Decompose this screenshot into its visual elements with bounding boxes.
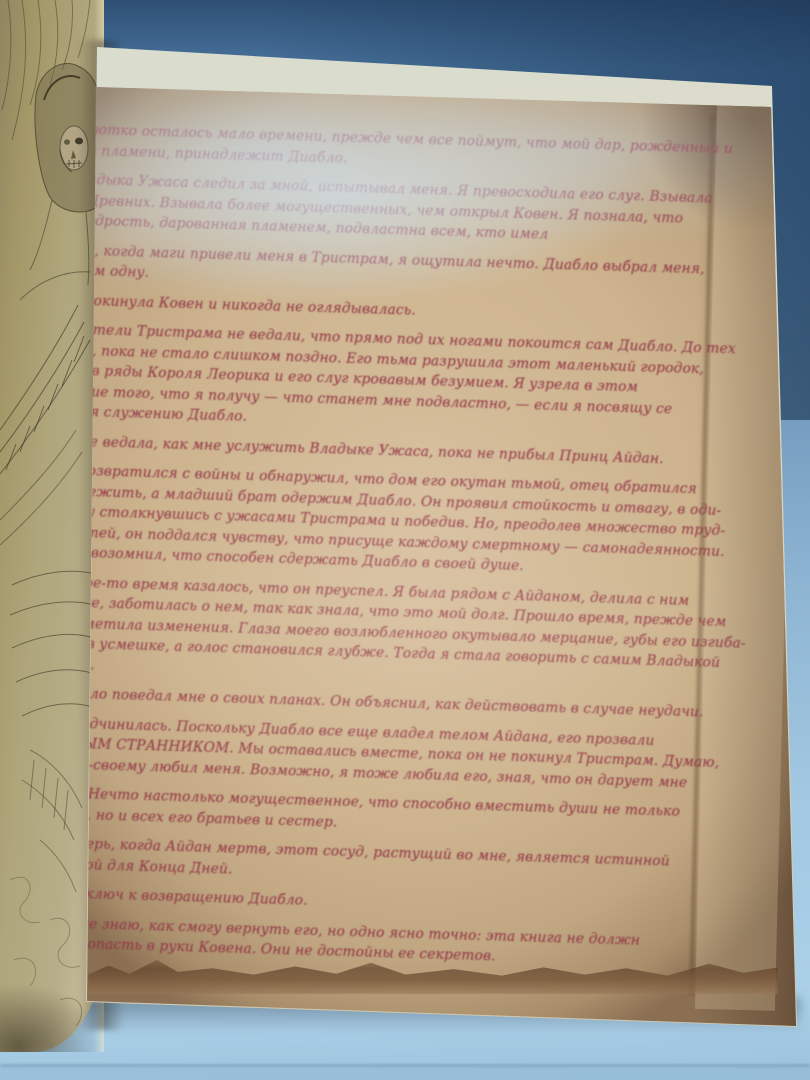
journal-paragraph: ители Тристрама не ведали, что прямо под…	[81, 320, 736, 442]
journal-paragraph: кое-то время казалось, что он преуспел. …	[74, 572, 729, 694]
journal-paragraph: е, когда маги привели меня в Тристрам, я…	[85, 240, 738, 300]
right-page-parchment: ротко осталось мало времени, прежде чем …	[0, 0, 810, 1080]
table-surface	[0, 1067, 810, 1080]
journal-paragraph: д. Нечто настолько могущественное, что с…	[69, 784, 722, 844]
journal-text: ротко осталось мало времени, прежде чем …	[65, 120, 742, 982]
journal-paragraph: еперь, когда Айдан мертв, этот сосуд, ра…	[68, 834, 721, 894]
journal-paragraph: адыка Ужаса следил за мной, испытывал ме…	[87, 170, 741, 251]
journal-paragraph: подчинилась. Поскольку Диабло все еще вл…	[71, 713, 725, 794]
journal-paragraph: я не знаю, как смогу вернуть его, но одн…	[65, 913, 718, 973]
book-photo: ротко осталось мало времени, прежде чем …	[0, 0, 810, 1080]
journal-paragraph: ротко осталось мало времени, прежде чем …	[89, 120, 742, 180]
journal-paragraph: возвратился с войны и обнаружил, что дом…	[77, 461, 732, 583]
